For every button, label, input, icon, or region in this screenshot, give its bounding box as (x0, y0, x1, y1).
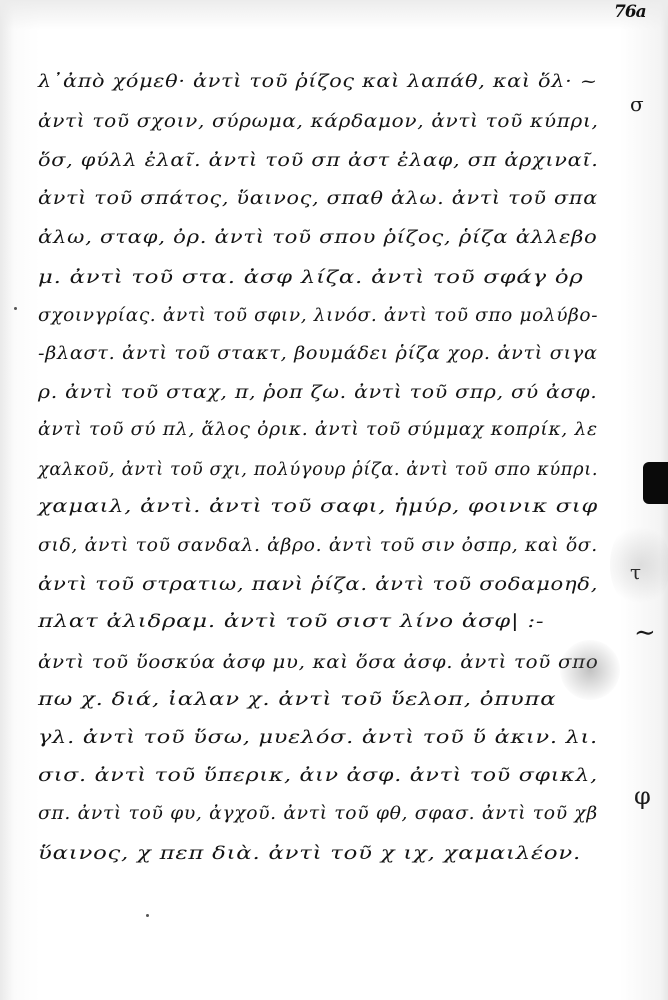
manuscript-page: 76a λ᾿ἀπὸ χόμεθ· ἀντὶ τοῦ ῥίζος καὶ λαπά… (0, 0, 668, 1000)
text-line-20: σπ. ἀντὶ τοῦ φυ, ἀγχοῦ. ἀντὶ τοῦ φθ, σφα… (38, 804, 598, 824)
folio-number: 76a (614, 2, 646, 22)
page-edge-dark-patch (643, 462, 668, 504)
text-line-12: χαμαιλ, ἀντὶ. ἀντὶ τοῦ σαφι, ἡμύρ, φοινι… (38, 497, 598, 517)
text-line-19: σισ. ἀντὶ τοῦ ὕπερικ, ἀιν ἀσφ. ἀντὶ τοῦ … (38, 766, 598, 786)
margin-tilde-icon: ∼ (634, 618, 656, 648)
margin-phi-icon: φ (634, 782, 651, 810)
ink-smudge-faint (610, 520, 668, 610)
text-line-18: γλ. ἀντὶ τοῦ ὕσω, μυελόσ. ἀντὶ τοῦ ὕ ἀκι… (38, 728, 598, 748)
text-line-11: χαλκοῦ, ἀντὶ τοῦ σχι, πολύγουρ ῥίζα. ἀντ… (38, 460, 598, 480)
text-line-14: ἀντὶ τοῦ στρατιω, πανὶ ῥίζα. ἀντὶ τοῦ σο… (38, 575, 598, 595)
text-line-2: ἀντὶ τοῦ σχοιν, σύρωμα, κάρδαμον, ἀντὶ τ… (38, 112, 599, 132)
ink-speck (146, 914, 149, 917)
text-line-6: μ. ἀντὶ τοῦ στα. ἀσφ λίζα. ἀντὶ τοῦ σφάγ… (38, 268, 584, 288)
page-top-shading (0, 0, 668, 30)
text-line-4: ἀντὶ τοῦ σπάτος, ὕαινος, σπαθ ἀλω. ἀντὶ … (38, 189, 598, 209)
text-line-8: -βλαστ. ἀντὶ τοῦ στακτ, βουμάδει ῥίζα χο… (38, 344, 598, 364)
text-line-17: πω χ. διά, ἰαλαν χ. ἀντὶ τοῦ ὕελοπ, ὀπυπ… (38, 690, 556, 710)
ink-smudge (560, 640, 620, 700)
text-line-10: ἀντὶ τοῦ σύ πλ, ἅλος ὀρικ. ἀντὶ τοῦ σύμμ… (38, 420, 598, 440)
text-line-13: σιδ, ἀντὶ τοῦ σανδαλ. ἀβρο. ἀντὶ τοῦ σιν… (38, 536, 598, 556)
text-line-5: ἀλω, σταφ, ὀρ. ἀντὶ τοῦ σπου ῥίζος, ῥίζα… (38, 228, 598, 248)
ink-speck (14, 307, 17, 310)
text-line-21: ὕαινος, χ πεπ διὰ. ἀντὶ τοῦ χ ιχ, χαμαιλ… (38, 844, 581, 864)
text-line-9: ρ. ἀντὶ τοῦ σταχ, π, ῥοπ ζω. ἀντὶ τοῦ σπ… (38, 383, 597, 403)
text-line-7: σχοινγρίας. ἀντὶ τοῦ σφιν, λινόσ. ἀντὶ τ… (38, 306, 598, 326)
text-line-16: ἀντὶ τοῦ ὕοσκύα ἀσφ μυ, καὶ ὅσα ἀσφ. ἀντ… (38, 653, 598, 673)
text-line-3: ὅσ, φύλλ ἐλαῖ. ἀντὶ τοῦ σπ ἀστ ἐλαφ, σπ … (38, 151, 599, 171)
margin-sigma-icon: σ (630, 92, 644, 116)
text-line-1: λ᾿ἀπὸ χόμεθ· ἀντὶ τοῦ ῥίζος καὶ λαπάθ, κ… (38, 72, 598, 92)
text-line-15: πλατ ἀλιδραμ. ἀντὶ τοῦ σιστ λίνο ἀσφ| :- (38, 612, 544, 632)
